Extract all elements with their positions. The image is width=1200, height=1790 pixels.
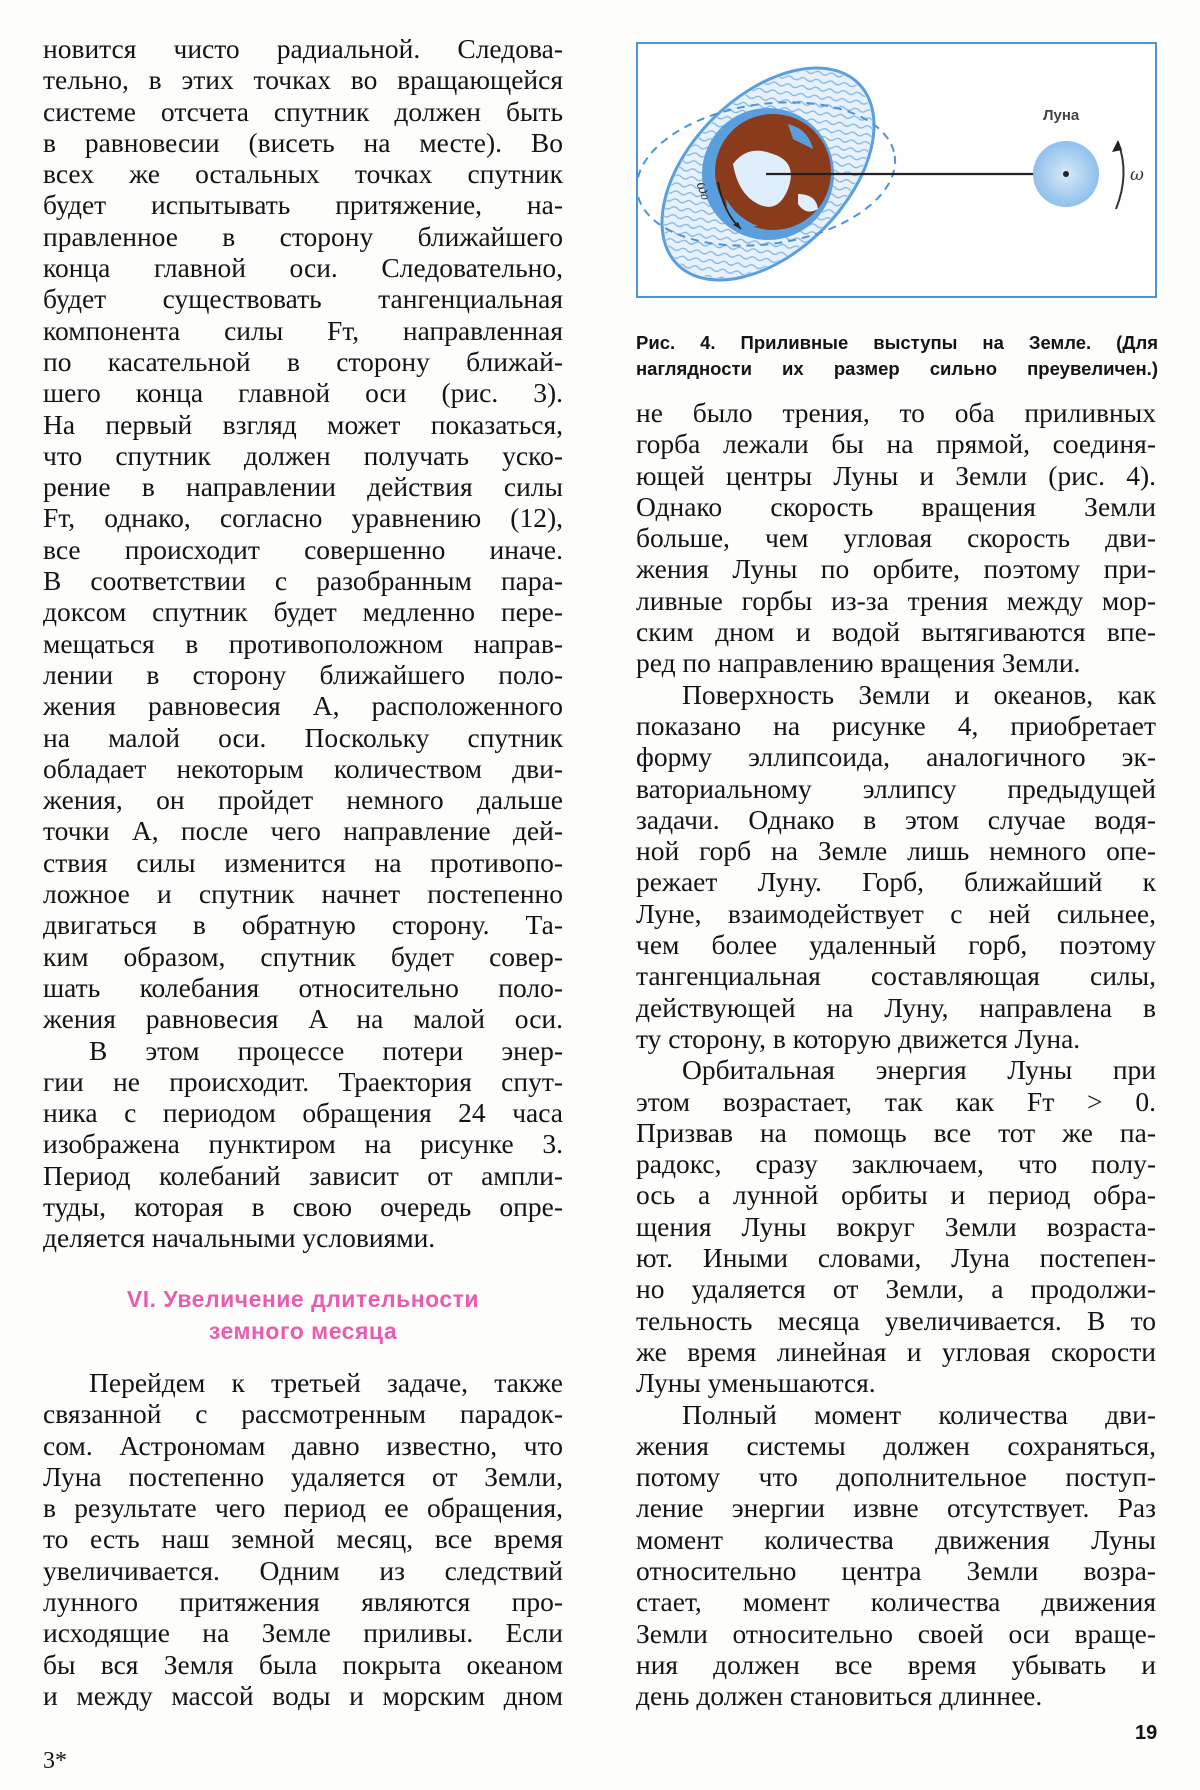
text-line: чем более удаленный горб, поэтому [636, 929, 1156, 960]
text-line: гии не происходит. Траектория спут- [43, 1066, 563, 1097]
text-line: обладает некоторым количеством дви- [43, 753, 563, 784]
text-line: что спутник должен получать уско- [43, 440, 563, 471]
text-line: и между массой воды и морским дном [43, 1680, 563, 1711]
text-line: точки A, после чего направление дей- [43, 815, 563, 846]
text-line: этом возрастает, так как Fт > 0. [636, 1086, 1156, 1117]
text-line: ваториальному эллипсу предыдущей [636, 773, 1156, 804]
page-number: 19 [1135, 1722, 1157, 1745]
text-line: жения, он пройдет немного дальше [43, 784, 563, 815]
text-line: Fт, однако, согласно уравнению (12), [43, 502, 563, 533]
figure-tidal-bulges: Луна ω ω₀ [636, 42, 1157, 298]
text-line: Перейдем к третьей задаче, также [43, 1367, 563, 1398]
text-line: бы вся Земля была покрыта океаном [43, 1649, 563, 1680]
text-line: лунного притяжения являются про- [43, 1586, 563, 1617]
text-line: ложное и спутник начнет постепенно [43, 878, 563, 909]
text-line: исходящие на Земле приливы. Если [43, 1617, 563, 1648]
text-line: все происходит совершенно иначе. [43, 534, 563, 565]
text-line: форму эллипсоида, аналогичного эк- [636, 741, 1156, 772]
text-line: ющей центры Луны и Земли (рис. 4). [636, 460, 1156, 491]
text-line: Призвав на помощь все тот же па- [636, 1117, 1156, 1148]
left-column-text: новится чисто радиальной. Следова-тельно… [43, 33, 563, 1254]
text-line: конца главной оси. Следовательно, [43, 252, 563, 283]
text-line: то есть наш земной месяц, все время [43, 1523, 563, 1554]
text-line: радокс, сразу заключаем, что полу- [636, 1148, 1156, 1179]
text-line: Однако скорость вращения Земли [636, 491, 1156, 522]
text-line: показано на рисунке 4, приобретает [636, 710, 1156, 741]
text-line: ной горб на Земле лишь немного опе- [636, 835, 1156, 866]
text-line: жения системы должен сохраняться, [636, 1430, 1156, 1461]
text-line: ление энергии извне отсутствует. Раз [636, 1492, 1156, 1523]
text-line: Период колебаний зависит от ампли- [43, 1160, 563, 1191]
text-line: ким образом, спутник будет совер- [43, 941, 563, 972]
text-line: В соответствии с разобранным пара- [43, 565, 563, 596]
text-line: сом. Астрономам давно известно, что [43, 1430, 563, 1461]
text-line: больше, чем угловая скорость дви- [636, 522, 1156, 553]
caption-line: Рис. 4. Приливные выступы на Земле. (Для [636, 330, 1158, 356]
text-line: Поверхность Земли и океанов, как [636, 679, 1156, 710]
text-line: Луны уменьшаются. [636, 1367, 1156, 1398]
text-line: шего конца главной оси (рис. 3). [43, 377, 563, 408]
text-line: жения равновесия A на малой оси. [43, 1003, 563, 1034]
text-line: ния должен все время убывать и [636, 1649, 1156, 1680]
text-line: шать колебания относительно поло- [43, 972, 563, 1003]
section-body-text: Перейдем к третьей задаче, такжесвязанно… [43, 1367, 563, 1711]
text-line: Земли относительно своей оси враще- [636, 1618, 1156, 1649]
text-line: тельность месяца увеличивается. В то [636, 1305, 1156, 1336]
text-line: ют. Иными словами, Луна постепен- [636, 1242, 1156, 1273]
text-line: по касательной в сторону ближай- [43, 346, 563, 377]
text-line: ту сторону, в которую движется Луна. [636, 1023, 1156, 1054]
text-line: Орбитальная энергия Луны при [636, 1054, 1156, 1085]
text-line: потому что дополнительное поступ- [636, 1461, 1156, 1492]
text-line: щения Луны вокруг Земли возраста- [636, 1211, 1156, 1242]
text-line: В этом процессе потери энер- [43, 1035, 563, 1066]
text-line: ским дном и водой вытягиваются впе- [636, 616, 1156, 647]
tidal-bulges-diagram: Луна ω ω₀ [638, 44, 1155, 296]
signature-mark: 3* [43, 1748, 67, 1775]
text-line: изображена пунктиром на рисунке 3. [43, 1128, 563, 1159]
text-line: деляется начальными условиями. [43, 1222, 563, 1253]
text-line: увеличивается. Одним из следствий [43, 1555, 563, 1586]
text-line: не было трения, то оба приливных [636, 397, 1156, 428]
text-line: новится чисто радиальной. Следова- [43, 33, 563, 64]
section-heading-line-2: земного месяца [43, 1315, 563, 1347]
text-line: Полный момент количества дви- [636, 1399, 1156, 1430]
text-line: день должен становиться длиннее. [636, 1680, 1156, 1711]
text-line: ствия силы изменится на противопо- [43, 847, 563, 878]
right-column-text: не было трения, то оба приливныхгорба ле… [636, 397, 1156, 1711]
figure-caption: Рис. 4. Приливные выступы на Земле. (Для… [636, 330, 1158, 382]
text-line: тангенциальная составляющая силы, [636, 960, 1156, 991]
text-line: горба лежали бы на прямой, соединя- [636, 428, 1156, 459]
text-line: правленное в сторону ближайшего [43, 221, 563, 252]
section-heading-line-1: VI. Увеличение длительности [43, 1283, 563, 1315]
text-line: же время линейная и угловая скорости [636, 1336, 1156, 1367]
text-line: доксом спутник будет медленно пере- [43, 596, 563, 627]
text-line: задачи. Однако в этом случае водя- [636, 804, 1156, 835]
text-line: ось a лунной орбиты и период обра- [636, 1179, 1156, 1210]
text-line: всех же остальных точках спутник [43, 158, 563, 189]
text-line: связанной с рассмотренным парадок- [43, 1398, 563, 1429]
text-line: на малой оси. Поскольку спутник [43, 722, 563, 753]
text-line: момент количества движения Луны [636, 1524, 1156, 1555]
text-line: Луне, взаимодействует с ней сильнее, [636, 898, 1156, 929]
text-line: На первый взгляд может показаться, [43, 409, 563, 440]
text-line: мещаться в противоположном направ- [43, 628, 563, 659]
text-line: компонента силы Fт, направленная [43, 315, 563, 346]
text-line: будет испытывать притяжение, на- [43, 189, 563, 220]
text-line: двигаться в обратную сторону. Та- [43, 909, 563, 940]
text-line: будет существовать тангенциальная [43, 283, 563, 314]
text-line: ника с периодом обращения 24 часа [43, 1097, 563, 1128]
caption-line: наглядности их размер сильно преувеличен… [636, 356, 1158, 382]
text-line: системе отсчета спутник должен быть [43, 96, 563, 127]
text-line: режает Луну. Горб, ближайший к [636, 866, 1156, 897]
text-line: действующей на Луну, направлена в [636, 992, 1156, 1023]
text-line: относительно центра Земли возра- [636, 1555, 1156, 1586]
text-line: Луна постепенно удаляется от Земли, [43, 1461, 563, 1492]
text-line: тельно, в этих точках во вращающейся [43, 64, 563, 95]
text-line: жения Луны по орбите, поэтому при- [636, 553, 1156, 584]
text-line: лении в сторону ближайшего поло- [43, 659, 563, 690]
text-line: ред по направлению вращения Земли. [636, 647, 1156, 678]
moon-label: Луна [1043, 107, 1080, 124]
text-line: жения равновесия A, расположенного [43, 690, 563, 721]
text-line: туды, которая в свою очередь опре- [43, 1191, 563, 1222]
moon-rotation-arrow-icon [1116, 142, 1124, 209]
text-line: в равновесии (висеть на месте). Во [43, 127, 563, 158]
text-line: в результате чего период ее обращения, [43, 1492, 563, 1523]
moon-rotation-label: ω [1130, 165, 1144, 185]
section-heading: VI. Увеличение длительности земного меся… [43, 1283, 563, 1347]
text-line: стает, момент количества движения [636, 1586, 1156, 1617]
text-line: рение в направлении действия силы [43, 471, 563, 502]
text-line: но удаляется от Земли, а продолжи- [636, 1273, 1156, 1304]
text-line: ливные горбы из-за трения между мор- [636, 585, 1156, 616]
